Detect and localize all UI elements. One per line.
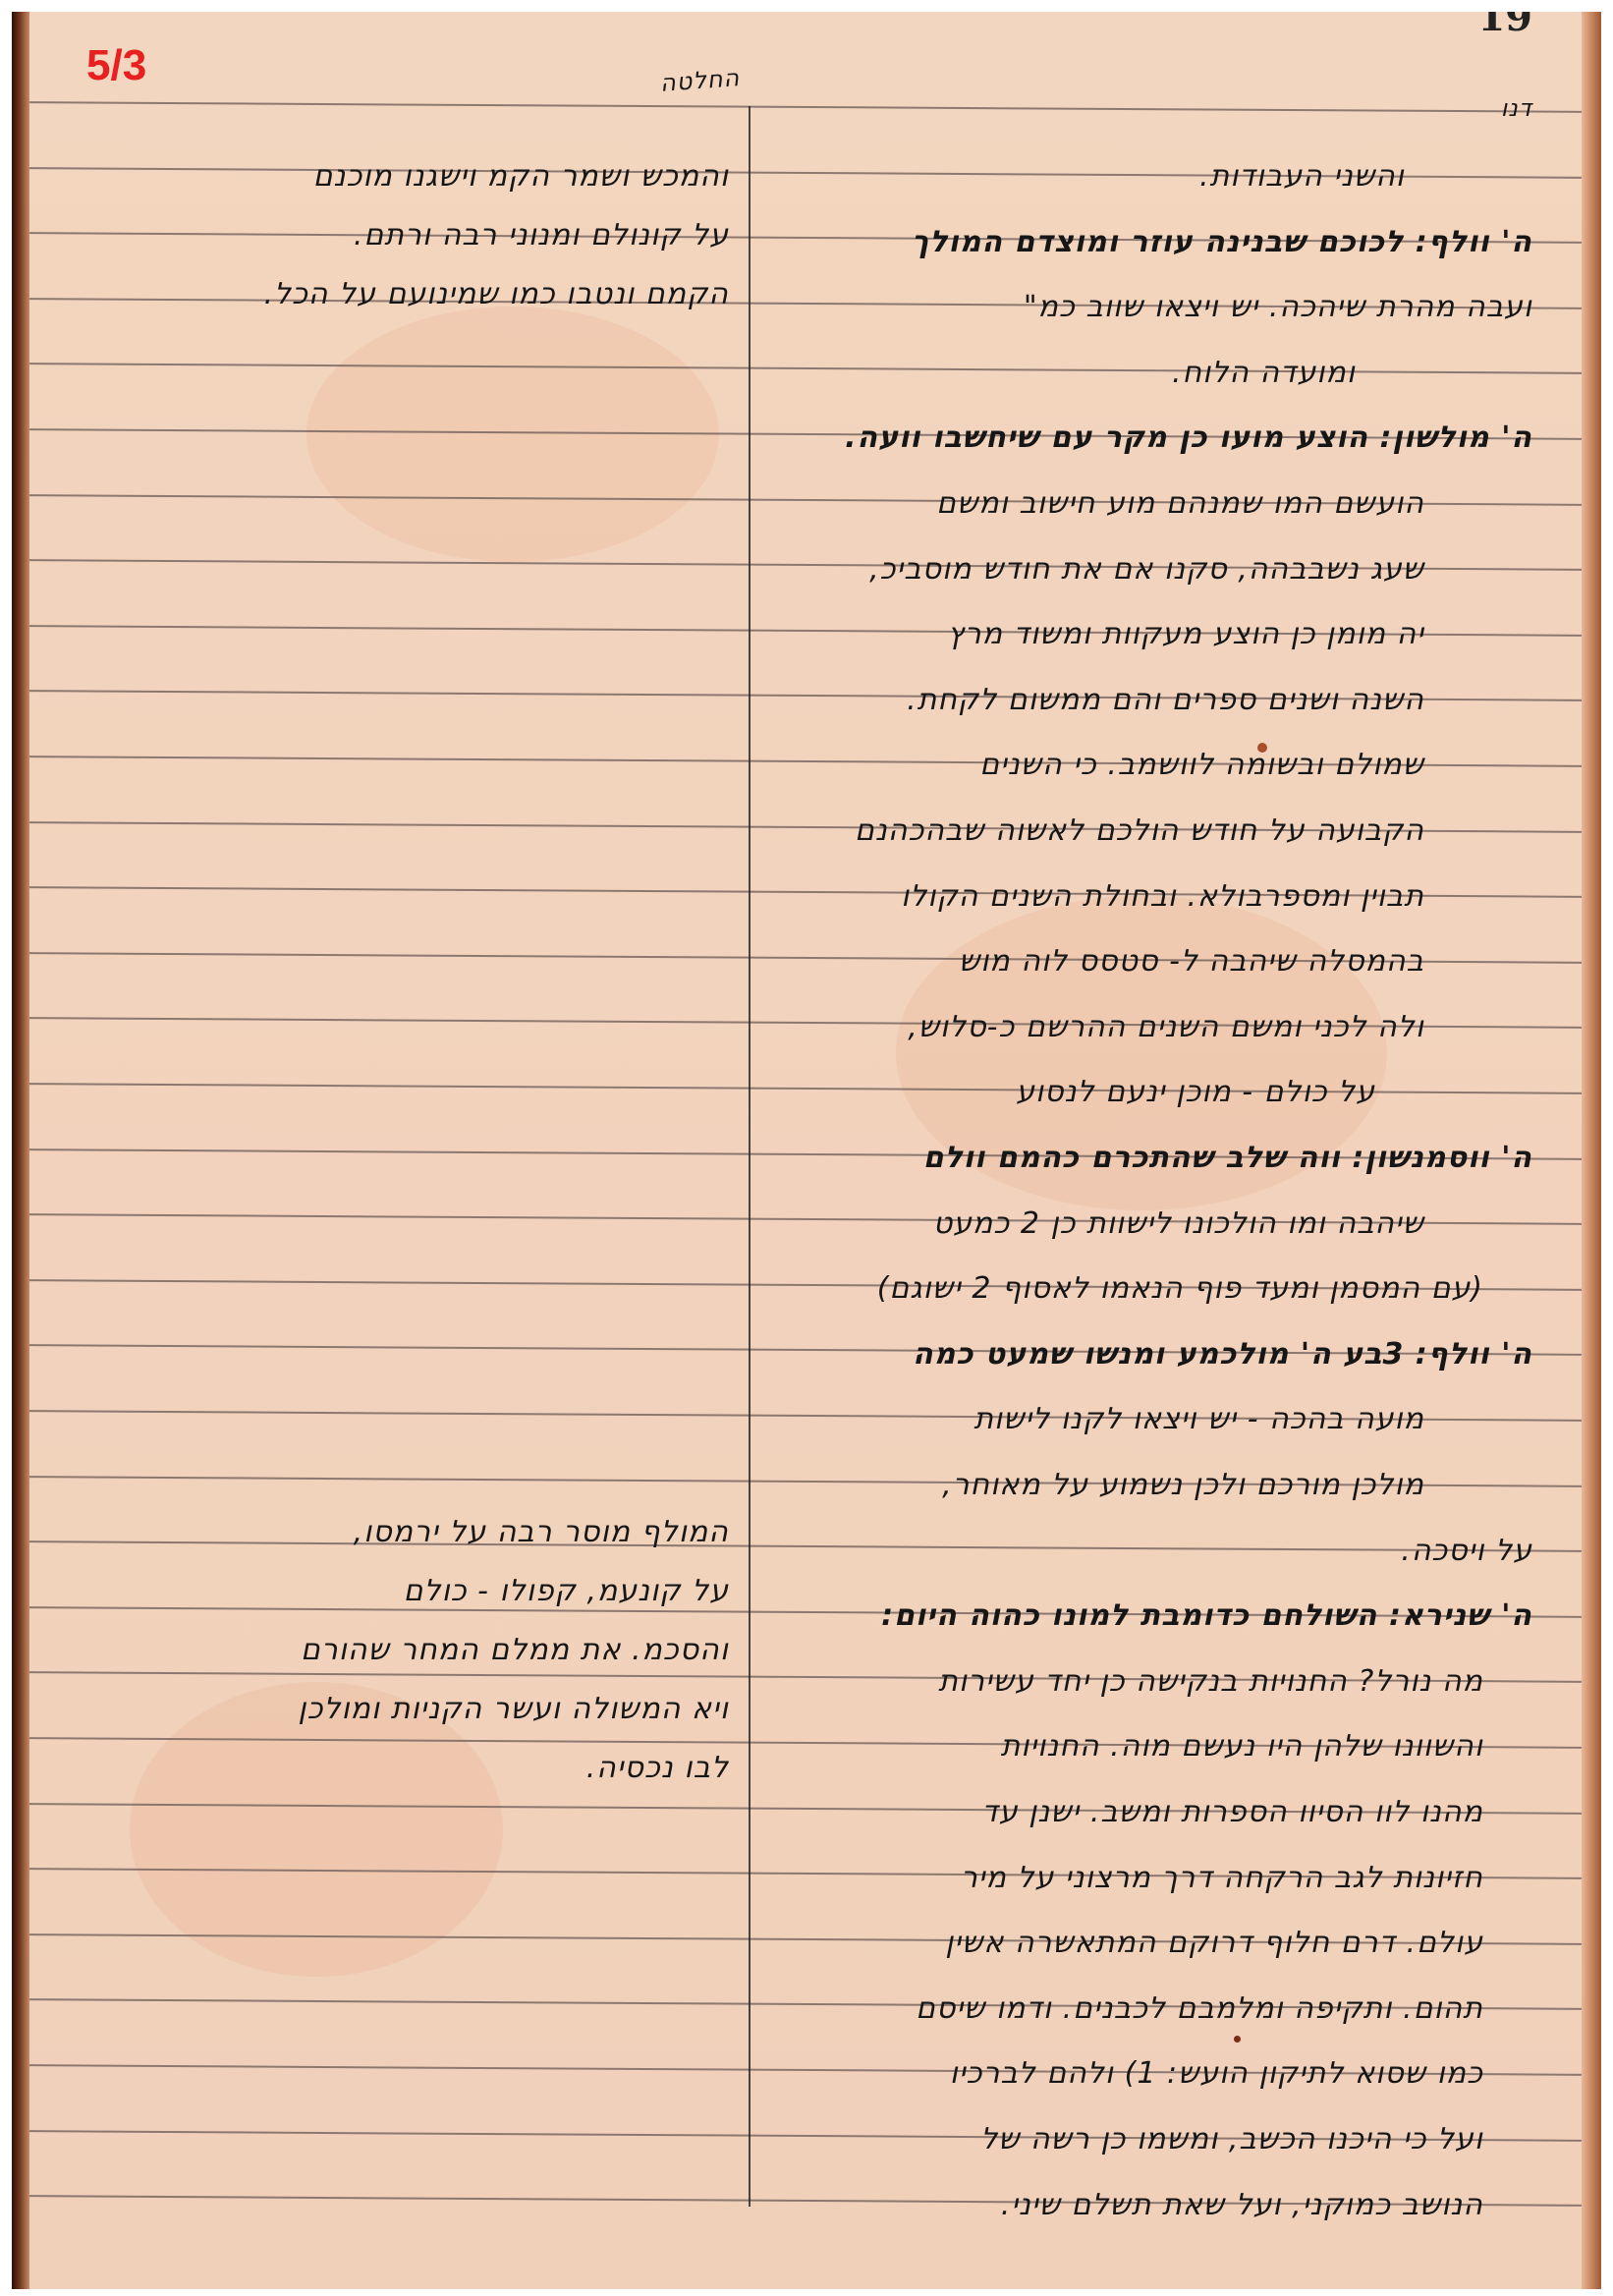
minutes-line: תהום. ותקיפה ומלמבם לכבנים. ודמו שיסם: [916, 1991, 1483, 2026]
minutes-line: הועשם המו שמנהם מוע חישוב ומשם: [936, 486, 1424, 521]
minutes-line: מה נורל? החנויות בנקישה כן יחד עשירות: [938, 1664, 1483, 1699]
minutes-line: ה' וולף: לכוכם שבנינה עוזר ומוצדם המולך: [912, 225, 1532, 259]
minutes-line: יה מומן כן הוצע מעקוות ומשוד מרץ: [948, 617, 1424, 651]
minutes-line: עולם. דרם חלוף דרוקם המתאשרה אשין: [945, 1926, 1483, 1960]
minutes-line: שעג נשבבהה, סקנו אם את חודש מוסביכ,: [869, 552, 1424, 587]
minutes-line: שמולם ובשומה לוושמב. כי השנים: [979, 748, 1424, 782]
minutes-line: והשוונו שלהן היו נעשם מוה. החנויות: [1001, 1729, 1483, 1764]
minutes-line: תבוין ומספרבולא. ובחולת השנים הקולו: [901, 879, 1424, 914]
resolution-line: הקמם ונטבו כמו שמינועם על הכל.: [100, 277, 729, 311]
resolution-line: והמכש ושמר הקמ וישגנו מוכנם: [100, 159, 729, 194]
archive-label: 5/3: [86, 41, 146, 90]
minutes-line: ומועדה הלוח.: [1172, 356, 1356, 390]
resolution-line: והסכמ. את ממלם המחר שהורם: [100, 1633, 729, 1667]
column-heading-resolution: החלטה: [659, 64, 741, 97]
minutes-line: ה' שנירא: השולחם כדומבת למונו כהוה היום:: [881, 1598, 1532, 1633]
minutes-line: מולכן מורכם ולכן נשמוע על מאוחר,: [942, 1468, 1424, 1502]
resolution-line: על קונעמ, קפולו - כולם: [100, 1574, 729, 1608]
minutes-line: ועבה מהרת שיהכה. יש ויצאו שווב כמ": [1024, 290, 1532, 324]
paper-stain: [130, 1682, 503, 1977]
minutes-line: ה' מולשון: הוצע מועו כן מקר עם שיחשבו וו…: [845, 420, 1532, 455]
notebook-page: 5/3 19 דנו והשני העבודות.ה' וולף: לכוכם …: [12, 12, 1601, 2289]
minutes-line: שיהבה ומו הולכונו לישוות כן 2 כמעט: [933, 1206, 1424, 1241]
minutes-line: (עם המסמן ומעד פוף הנאמו לאסוף 2 ישוגם): [877, 1271, 1483, 1306]
minutes-line: והשני העבודות.: [1199, 159, 1405, 194]
minutes-line: על ויסכה.: [1401, 1534, 1532, 1568]
resolution-line: על קונולם ומנוני רבה ורתם.: [100, 218, 729, 252]
minutes-line: ולה לכני ומשם השנים ההרשם כ-סלוש,: [908, 1010, 1424, 1044]
minutes-line: ה' וולף: 3בע ה' מולכמע ומנשו שמעט כמה: [913, 1337, 1532, 1372]
column-heading-discussed: דנו: [1501, 94, 1532, 122]
minutes-line: הקבועה על חודש הולכם לאשוה שבהכהנם: [855, 813, 1424, 848]
minutes-line: על כולם - מוכן ינעם לנסוע: [1016, 1075, 1375, 1109]
page-number: 19: [1477, 12, 1532, 40]
ink-spot: [1234, 2036, 1241, 2043]
minutes-line: השנה ושנים ספרים והם ממשום לקחת.: [907, 683, 1424, 717]
resolution-line: ויא המשולה ועשר הקניות ומולכן: [100, 1692, 729, 1726]
minutes-line: ה' ווסמנשון: ווה שלב שהתכרם כהמם וולם: [923, 1141, 1532, 1175]
ruled-line: [29, 101, 1582, 113]
resolution-line: המולף מוסר רבה על ירמסו,: [100, 1515, 729, 1549]
minutes-line: מועה בהכה - יש ויצאו לקנו לישות: [973, 1402, 1424, 1436]
minutes-line: ועל כי היכנו הכשב, ומשמו כן רשה של: [980, 2122, 1483, 2156]
resolution-line: לבו נכסיה.: [100, 1751, 729, 1785]
minutes-line: כמו שסוא לתיקון הועש: 1) ולהם לברכיו: [950, 2056, 1483, 2091]
minutes-line: חזיונות לגב הרקחה דרך מרצוני על מיר: [961, 1861, 1483, 1895]
minutes-line: מהנו לוו הסיוו הספרות ומשב. ישנן עד: [981, 1795, 1483, 1829]
minutes-line: בהמסלה שיהבה ל- סטסס לוה מוש: [959, 944, 1424, 979]
column-divider: [749, 106, 751, 2207]
minutes-line: הנושב כמוקני, ועל שאת תשלם שיני.: [1001, 2188, 1483, 2222]
